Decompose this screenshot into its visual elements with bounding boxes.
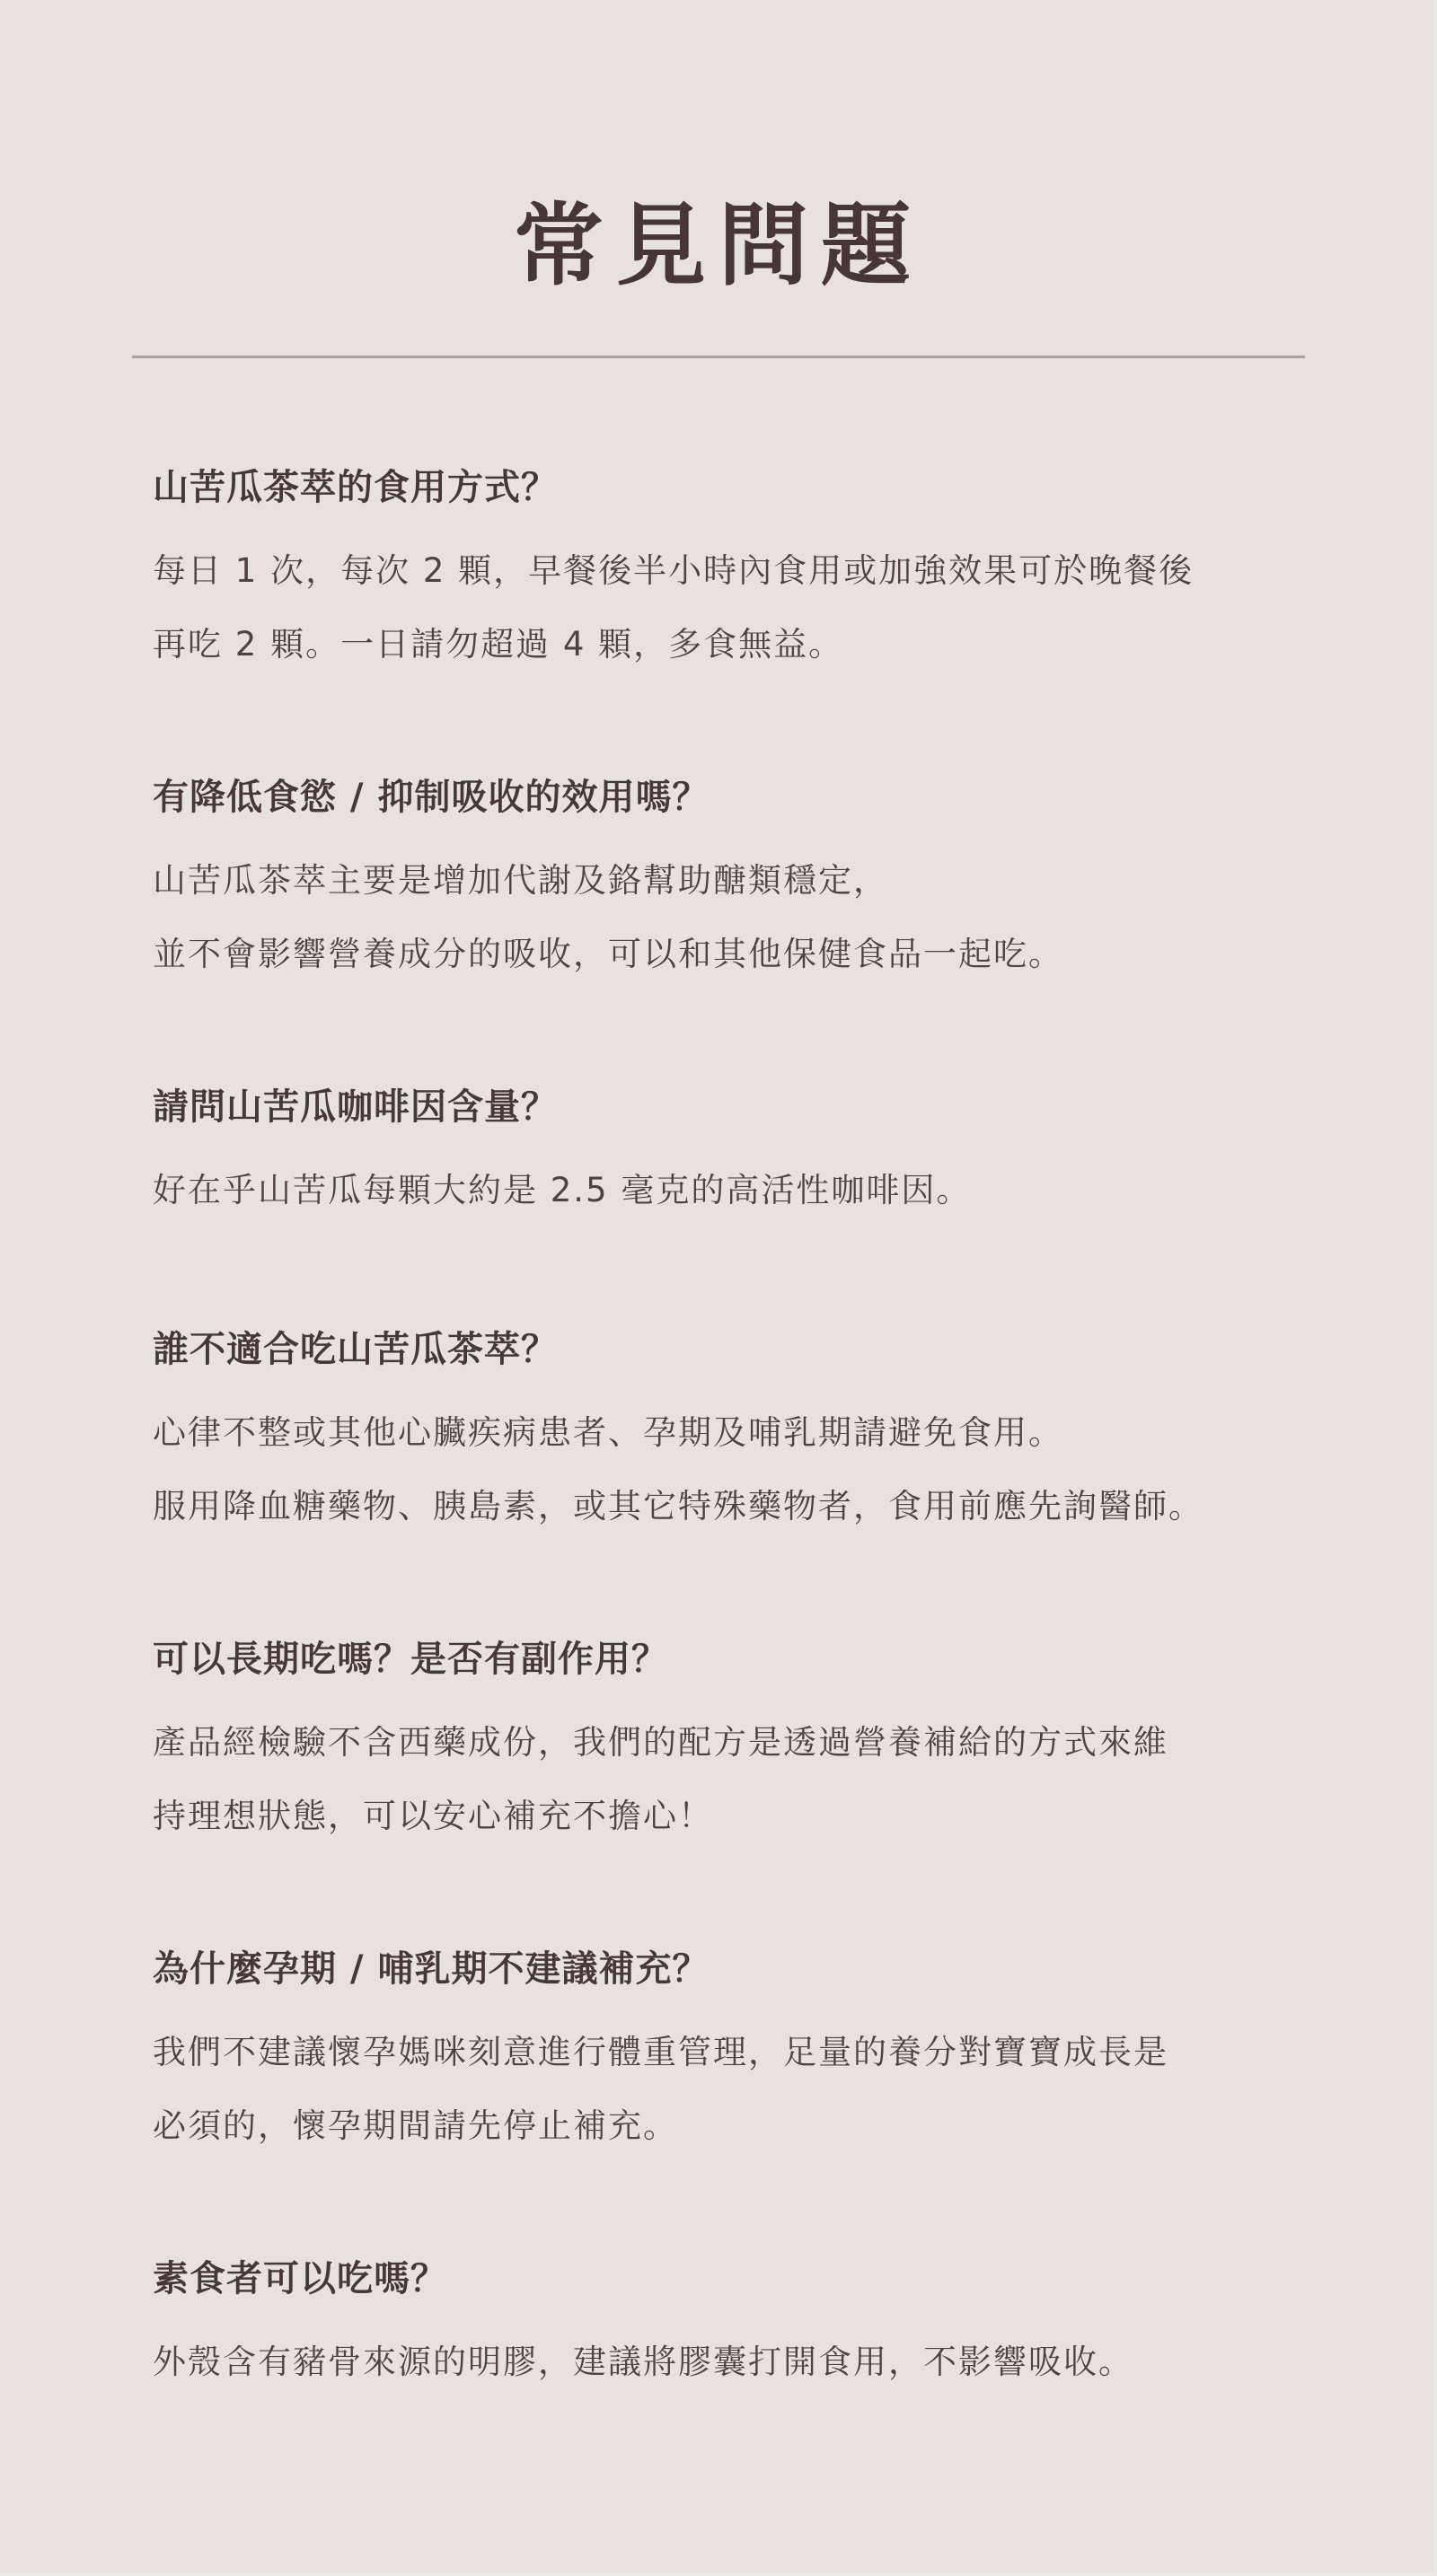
- faq-question: 可以長期吃嗎？是否有副作用？: [153, 1634, 1320, 1684]
- faq-item-long-term: 可以長期吃嗎？是否有副作用？ 產品經檢驗不含西藥成份，我們的配方是透過營養補給的…: [153, 1634, 1320, 1853]
- faq-answer: 外殼含有豬骨來源的明膠，建議將膠囊打開食用，不影響吸收。: [153, 2325, 1320, 2399]
- faq-answer-line: 服用降血糖藥物、胰島素，或其它特殊藥物者，食用前應先詢醫師。: [153, 1470, 1320, 1543]
- faq-question: 請問山苦瓜咖啡因含量？: [153, 1082, 1320, 1132]
- title-divider: [132, 356, 1305, 358]
- faq-answer-line: 山苦瓜茶萃主要是增加代謝及鉻幫助醣類穩定，: [153, 844, 1320, 918]
- faq-item-pregnancy: 為什麼孕期 / 哺乳期不建議補充？ 我們不建議懷孕媽咪刻意進行體重管理，足量的養…: [153, 1944, 1320, 2163]
- faq-item-vegetarian: 素食者可以吃嗎？ 外殼含有豬骨來源的明膠，建議將膠囊打開食用，不影響吸收。: [153, 2254, 1320, 2399]
- faq-answer-line: 每日 1 次，每次 2 顆，早餐後半小時內食用或加強效果可於晚餐後: [153, 534, 1320, 608]
- faq-answer-line: 並不會影響營養成分的吸收，可以和其他保健食品一起吃。: [153, 918, 1320, 991]
- faq-answer: 心律不整或其他心臟疾病患者、孕期及哺乳期請避免食用。 服用降血糖藥物、胰島素，或…: [153, 1396, 1320, 1543]
- faq-answer-line: 再吃 2 顆。一日請勿超過 4 顆，多食無益。: [153, 608, 1320, 681]
- faq-answer: 我們不建議懷孕媽咪刻意進行體重管理，足量的養分對寶寶成長是 必須的，懷孕期間請先…: [153, 2016, 1320, 2163]
- faq-answer-line: 我們不建議懷孕媽咪刻意進行體重管理，足量的養分對寶寶成長是: [153, 2016, 1320, 2089]
- faq-answer: 山苦瓜茶萃主要是增加代謝及鉻幫助醣類穩定， 並不會影響營養成分的吸收，可以和其他…: [153, 844, 1320, 991]
- faq-question: 為什麼孕期 / 哺乳期不建議補充？: [153, 1944, 1320, 1994]
- faq-answer: 產品經檢驗不含西藥成份，我們的配方是透過營養補給的方式來維 持理想狀態，可以安心…: [153, 1706, 1320, 1853]
- faq-answer-line: 必須的，懷孕期間請先停止補充。: [153, 2089, 1320, 2163]
- page-edge-bottom: [0, 2572, 1437, 2576]
- faq-question: 有降低食慾 / 抑制吸收的效用嗎？: [153, 772, 1320, 822]
- page-title: 常見問題: [0, 185, 1437, 307]
- faq-question: 山苦瓜茶萃的食用方式？: [153, 462, 1320, 513]
- faq-answer-line: 好在乎山苦瓜每顆大約是 2.5 毫克的高活性咖啡因。: [153, 1154, 1320, 1227]
- faq-answer-line: 產品經檢驗不含西藥成份，我們的配方是透過營養補給的方式來維: [153, 1706, 1320, 1780]
- faq-item-caffeine: 請問山苦瓜咖啡因含量？ 好在乎山苦瓜每顆大約是 2.5 毫克的高活性咖啡因。: [153, 1082, 1320, 1227]
- faq-answer-line: 持理想狀態，可以安心補充不擔心！: [153, 1780, 1320, 1853]
- faq-question: 誰不適合吃山苦瓜茶萃？: [153, 1324, 1320, 1375]
- faq-item-unsuitable: 誰不適合吃山苦瓜茶萃？ 心律不整或其他心臟疾病患者、孕期及哺乳期請避免食用。 服…: [153, 1324, 1320, 1543]
- page-edge-right: [1433, 0, 1437, 2576]
- faq-item-appetite: 有降低食慾 / 抑制吸收的效用嗎？ 山苦瓜茶萃主要是增加代謝及鉻幫助醣類穩定， …: [153, 772, 1320, 991]
- faq-answer-line: 心律不整或其他心臟疾病患者、孕期及哺乳期請避免食用。: [153, 1396, 1320, 1470]
- faq-question: 素食者可以吃嗎？: [153, 2254, 1320, 2304]
- faq-answer: 每日 1 次，每次 2 顆，早餐後半小時內食用或加強效果可於晚餐後 再吃 2 顆…: [153, 534, 1320, 681]
- faq-item-usage: 山苦瓜茶萃的食用方式？ 每日 1 次，每次 2 顆，早餐後半小時內食用或加強效果…: [153, 462, 1320, 681]
- faq-answer-line: 外殼含有豬骨來源的明膠，建議將膠囊打開食用，不影響吸收。: [153, 2325, 1320, 2399]
- faq-answer: 好在乎山苦瓜每顆大約是 2.5 毫克的高活性咖啡因。: [153, 1154, 1320, 1227]
